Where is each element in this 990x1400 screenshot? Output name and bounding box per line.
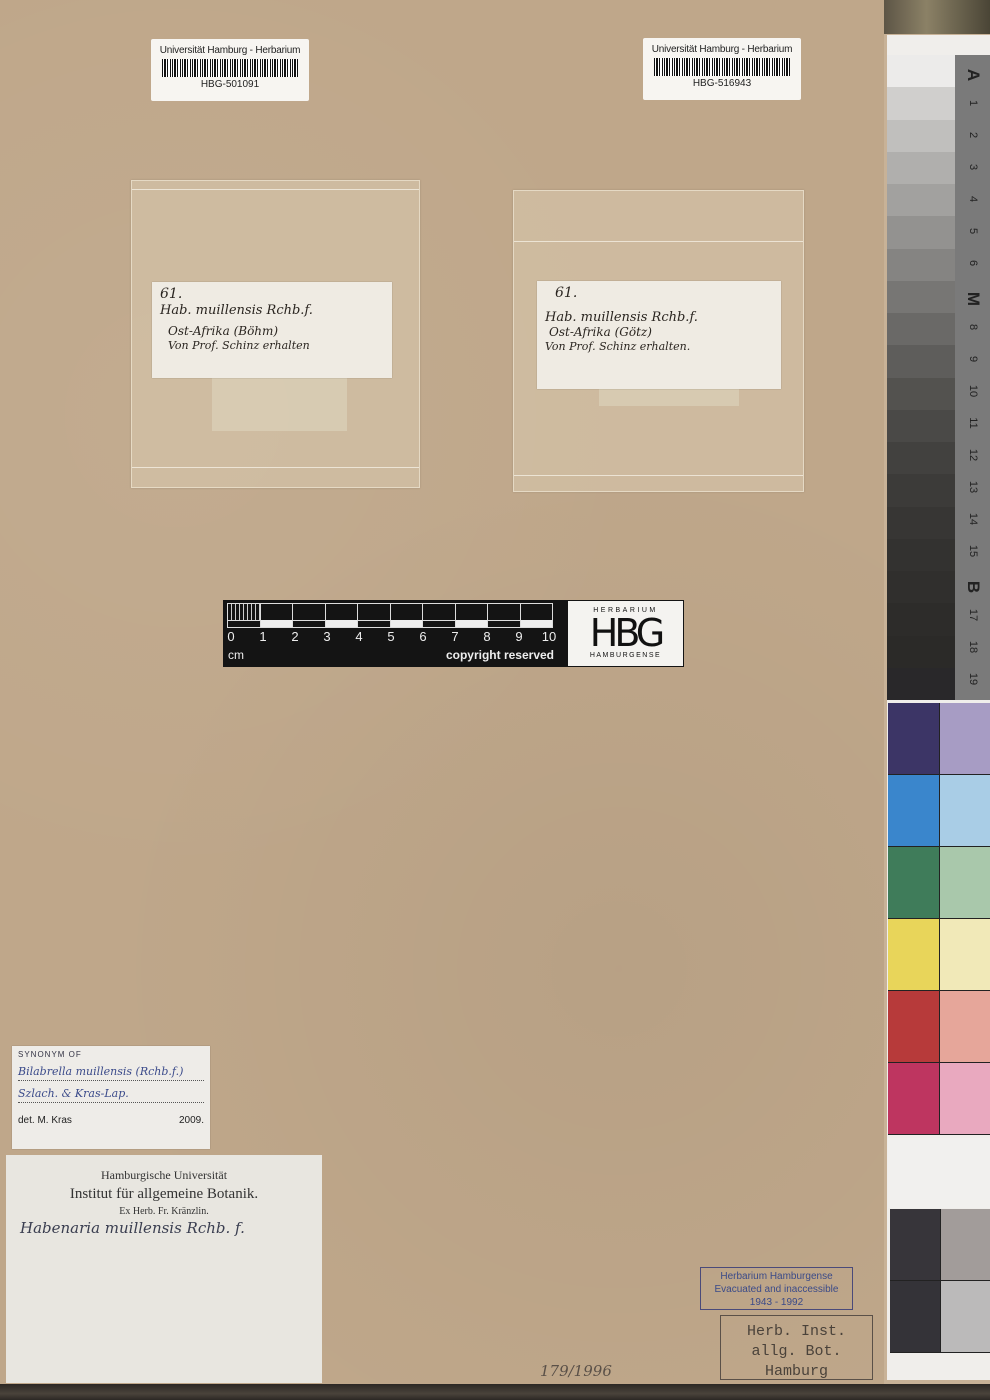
gray-step	[887, 313, 955, 345]
color-patch	[888, 919, 940, 990]
ruler-label: 8	[967, 324, 979, 330]
ruler-label: 9	[967, 356, 979, 362]
gray-step	[887, 378, 955, 410]
ruler-label: 18	[967, 641, 979, 653]
color-patch	[940, 991, 990, 1062]
gray-step	[887, 539, 955, 571]
ruler-label: 1	[967, 100, 979, 106]
synonym-name: Bilabrella muillensis (Rchb.f.)	[18, 1059, 204, 1081]
gray-scale-strip	[887, 55, 955, 700]
gray-step	[887, 571, 955, 603]
stamp-line: Herb. Inst. allg. Bot.	[721, 1322, 872, 1362]
label-taxon: Hab. muillensis Rchb.f.	[545, 310, 773, 326]
color-patch	[890, 1209, 941, 1280]
gray-step	[887, 442, 955, 474]
color-patch	[941, 1281, 990, 1352]
background-shadow	[884, 0, 990, 34]
tick-label: 8	[483, 629, 490, 644]
ruler-label: 15	[967, 545, 979, 557]
tick-label: 7	[451, 629, 458, 644]
logo-mark: HBG	[568, 614, 683, 652]
stamp-line: Herbarium Hamburgense	[701, 1270, 852, 1283]
scale-unit: cm	[228, 648, 244, 662]
barcode-label-1: Universität Hamburg - Herbarium HBG-5010…	[151, 39, 309, 101]
herbarium-source: Ex Herb. Fr. Kränzlin.	[6, 1206, 322, 1217]
gray-step	[887, 603, 955, 635]
barcode-label-2: Universität Hamburg - Herbarium HBG-5169…	[643, 38, 801, 100]
color-patch	[888, 847, 940, 918]
gray-step	[887, 152, 955, 184]
logo-bottom-text: HAMBURGENSE	[568, 652, 683, 659]
label-number: 61.	[545, 285, 773, 302]
gray-step	[887, 507, 955, 539]
color-patch	[888, 703, 940, 774]
ruler-label: 12	[967, 449, 979, 461]
stamp-line: Evacuated and inaccessible	[701, 1283, 852, 1296]
tick-label: 5	[387, 629, 394, 644]
tick-label: 0	[227, 629, 234, 644]
gray-step	[887, 345, 955, 377]
scale-ticks: 0 1 2 3 4 5 6 7 8 9 10	[223, 629, 563, 645]
color-row	[888, 775, 990, 847]
tick-label: 10	[542, 629, 556, 644]
hbg-logo: HERBARIUM HBG HAMBURGENSE	[568, 600, 684, 667]
ruler-label: 6	[967, 260, 979, 266]
accession-number: 179/1996	[540, 1362, 612, 1380]
ruler-label: 4	[967, 196, 979, 202]
gray-step	[887, 87, 955, 119]
synonym-authors: Szlach. & Kras-Lap.	[18, 1081, 204, 1103]
ruler-label: 13	[967, 481, 979, 493]
barcode-icon	[162, 59, 298, 77]
tick-label: 4	[355, 629, 362, 644]
copyright-notice: copyright reserved	[446, 648, 554, 662]
synonym-heading: SYNONYM OF	[18, 1050, 204, 1059]
color-patch	[940, 847, 990, 918]
color-patch	[940, 919, 990, 990]
stamp-line: 1943 - 1992	[701, 1296, 852, 1309]
color-patch	[888, 991, 940, 1062]
institute-name: Institut für allgemeine Botanik.	[6, 1186, 322, 1203]
determination-year: 2009.	[179, 1115, 204, 1126]
white-patch	[888, 1138, 990, 1208]
color-row	[890, 1209, 990, 1281]
tick-label: 3	[323, 629, 330, 644]
color-row	[888, 703, 990, 775]
gray-step	[887, 184, 955, 216]
scale-cells	[227, 603, 553, 628]
color-row	[888, 847, 990, 919]
tick-label: 1	[259, 629, 266, 644]
label-note: Von Prof. Schinz erhalten.	[545, 340, 773, 353]
scale-ruler: 0 1 2 3 4 5 6 7 8 9 10 cm copyright rese…	[223, 600, 568, 667]
gray-step	[887, 120, 955, 152]
ruler-label: 5	[967, 228, 979, 234]
ruler-label: B	[963, 581, 983, 593]
scale-bar: 0 1 2 3 4 5 6 7 8 9 10 cm copyright rese…	[223, 600, 684, 667]
ruler-label: 10	[967, 385, 979, 397]
color-patches	[888, 703, 990, 1135]
tick-label: 9	[515, 629, 522, 644]
gray-step	[887, 216, 955, 248]
barcode-institution: Universität Hamburg - Herbarium	[151, 45, 309, 56]
specimen-name: Habenaria muillensis Rchb. f.	[20, 1219, 322, 1237]
color-patch	[940, 703, 990, 774]
institute-label: Hamburgische Universität Institut für al…	[6, 1155, 322, 1383]
ruler-label: 14	[967, 513, 979, 525]
dark-patches	[890, 1209, 990, 1353]
color-patch	[890, 1281, 941, 1352]
label-locality: Ost-Afrika (Böhm)	[160, 324, 384, 338]
barcode-icon	[654, 58, 790, 76]
bottom-edge-shadow	[0, 1384, 990, 1400]
color-row	[888, 991, 990, 1063]
barcode-institution: Universität Hamburg - Herbarium	[643, 44, 801, 55]
tick-label: 6	[419, 629, 426, 644]
determiner: det. M. Kras	[18, 1115, 72, 1126]
gray-step	[887, 281, 955, 313]
gray-step	[887, 668, 955, 700]
color-row	[888, 919, 990, 991]
color-patch	[888, 775, 940, 846]
institute-stamp: Herb. Inst. allg. Bot. Hamburg	[720, 1315, 873, 1380]
gray-step	[887, 474, 955, 506]
gray-step	[887, 249, 955, 281]
envelope-label-2: 61. Hab. muillensis Rchb.f. Ost-Afrika (…	[537, 281, 781, 389]
color-patch	[941, 1209, 990, 1280]
gray-scale-ruler: A123456M89101112131415B171819	[955, 55, 990, 700]
gray-step	[887, 636, 955, 668]
color-patch	[888, 1063, 940, 1134]
barcode-id: HBG-516943	[643, 78, 801, 89]
determination-label: SYNONYM OF Bilabrella muillensis (Rchb.f…	[12, 1046, 210, 1149]
gray-step	[887, 55, 955, 87]
label-taxon: Hab. muillensis Rchb.f.	[160, 303, 384, 319]
color-patch	[940, 1063, 990, 1134]
barcode-id: HBG-501091	[151, 79, 309, 90]
ruler-label: A	[963, 69, 983, 81]
gray-step	[887, 410, 955, 442]
label-note: Von Prof. Schinz erhalten	[160, 339, 384, 352]
ruler-label: 3	[967, 164, 979, 170]
color-row	[888, 1063, 990, 1135]
ruler-label: 11	[967, 417, 979, 428]
ruler-label: 19	[967, 673, 979, 685]
stamp-line: Hamburg	[721, 1362, 872, 1382]
label-number: 61.	[160, 286, 384, 303]
ruler-label: 17	[967, 609, 979, 621]
color-row	[890, 1281, 990, 1353]
ruler-label: M	[963, 292, 983, 306]
university-name: Hamburgische Universität	[6, 1168, 322, 1183]
color-patch	[940, 775, 990, 846]
label-locality: Ost-Afrika (Götz)	[545, 325, 773, 339]
tick-label: 2	[291, 629, 298, 644]
envelope-label-1: 61. Hab. muillensis Rchb.f. Ost-Afrika (…	[152, 282, 392, 378]
evacuation-stamp: Herbarium Hamburgense Evacuated and inac…	[700, 1267, 853, 1310]
ruler-label: 2	[967, 132, 979, 138]
